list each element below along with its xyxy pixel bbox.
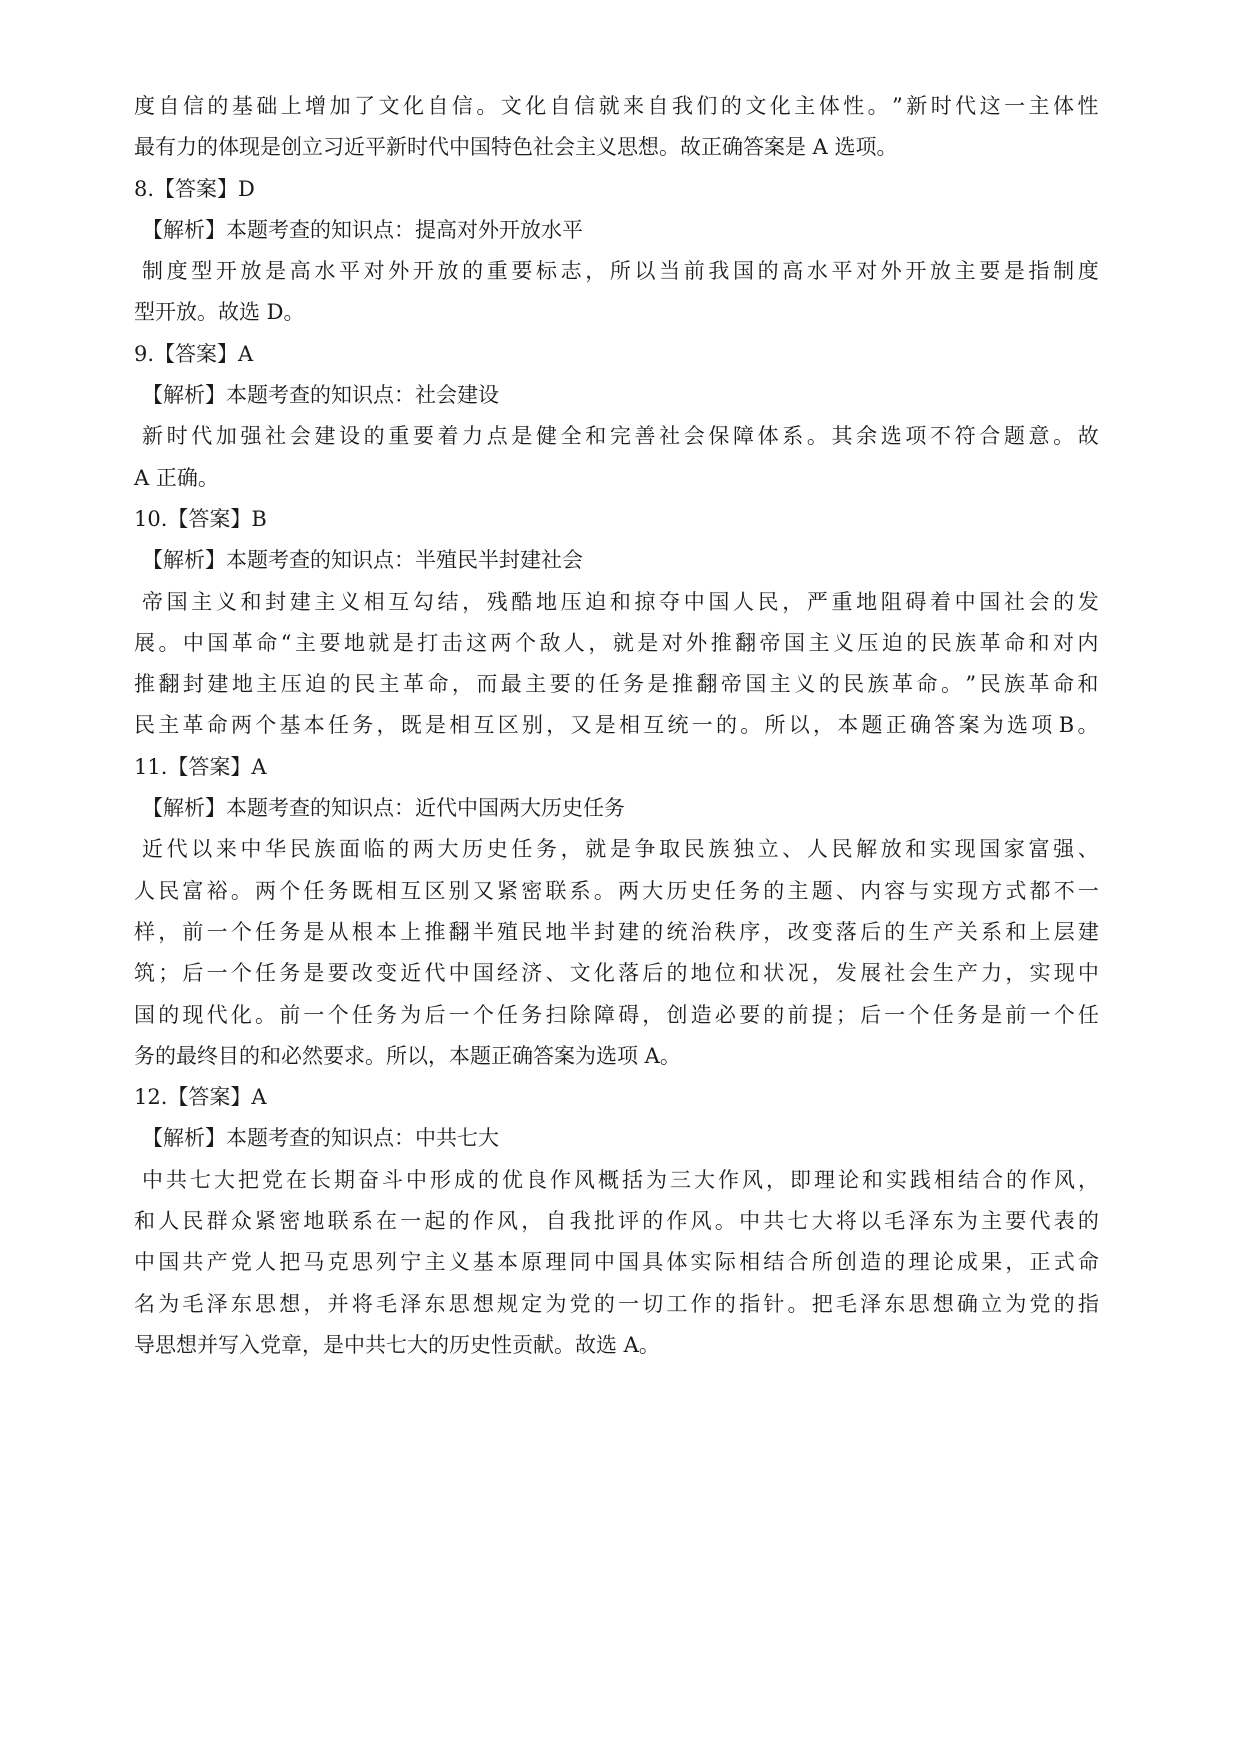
text-line: 民主革命两个基本任务，既是相互区别，又是相互统一的。所以，本题正确答案为选项 B… [134,705,1099,746]
answer-heading: 9.【答案】A [134,334,1099,375]
text-line: 国的现代化。前一个任务为后一个任务扫除障碍，创造必要的前提；后一个任务是前一个任 [134,995,1099,1036]
answer-heading: 10.【答案】B [134,499,1099,540]
analysis-heading: 【解析】本题考查的知识点：近代中国两大历史任务 [134,788,1099,829]
answer-heading: 8.【答案】D [134,169,1099,210]
text-line: 展。中国革命“主要地就是打击这两个敌人，就是对外推翻帝国主义压迫的民族革命和对内 [134,623,1099,664]
text-line: 近代以来中华民族面临的两大历史任务，就是争取民族独立、人民解放和实现国家富强、 [134,829,1099,870]
text-line: 度自信的基础上增加了文化自信。文化自信就来自我们的文化主体性。”新时代这一主体性 [134,86,1099,127]
answer-heading: 12.【答案】A [134,1077,1099,1118]
text-line: 和人民群众紧密地联系在一起的作风，自我批评的作风。中共七大将以毛泽东为主要代表的 [134,1201,1099,1242]
analysis-heading: 【解析】本题考查的知识点：社会建设 [134,375,1099,416]
text-line: 人民富裕。两个任务既相互区别又紧密联系。两大历史任务的主题、内容与实现方式都不一 [134,871,1099,912]
text-line: 最有力的体现是创立习近平新时代中国特色社会主义思想。故正确答案是 A 选项。 [134,127,1099,168]
text-line: 推翻封建地主压迫的民主革命，而最主要的任务是推翻帝国主义的民族革命。”民族革命和 [134,664,1099,705]
text-line: A 正确。 [134,458,1099,499]
text-line: 样，前一个任务是从根本上推翻半殖民地半封建的统治秩序，改变落后的生产关系和上层建 [134,912,1099,953]
text-line: 制度型开放是高水平对外开放的重要标志，所以当前我国的高水平对外开放主要是指制度 [134,251,1099,292]
text-line: 帝国主义和封建主义相互勾结，残酷地压迫和掠夺中国人民，严重地阻碍着中国社会的发 [134,582,1099,623]
text-line: 中共七大把党在长期奋斗中形成的优良作风概括为三大作风，即理论和实践相结合的作风， [134,1160,1099,1201]
analysis-heading: 【解析】本题考查的知识点：提高对外开放水平 [134,210,1099,251]
text-line: 筑；后一个任务是要改变近代中国经济、文化落后的地位和状况，发展社会生产力，实现中 [134,953,1099,994]
text-line: 新时代加强社会建设的重要着力点是健全和完善社会保障体系。其余选项不符合题意。故 [134,416,1099,457]
answer-heading: 11.【答案】A [134,747,1099,788]
analysis-heading: 【解析】本题考查的知识点：中共七大 [134,1118,1099,1159]
text-line: 中国共产党人把马克思列宁主义基本原理同中国具体实际相结合所创造的理论成果，正式命 [134,1242,1099,1283]
analysis-heading: 【解析】本题考查的知识点：半殖民半封建社会 [134,540,1099,581]
text-line: 名为毛泽东思想，并将毛泽东思想规定为党的一切工作的指针。把毛泽东思想确立为党的指 [134,1284,1099,1325]
text-line: 务的最终目的和必然要求。所以，本题正确答案为选项 A。 [134,1036,1099,1077]
document-page: 度自信的基础上增加了文化自信。文化自信就来自我们的文化主体性。”新时代这一主体性… [134,86,1099,1366]
text-line: 型开放。故选 D。 [134,292,1099,333]
text-line: 导思想并写入党章，是中共七大的历史性贡献。故选 A。 [134,1325,1099,1366]
